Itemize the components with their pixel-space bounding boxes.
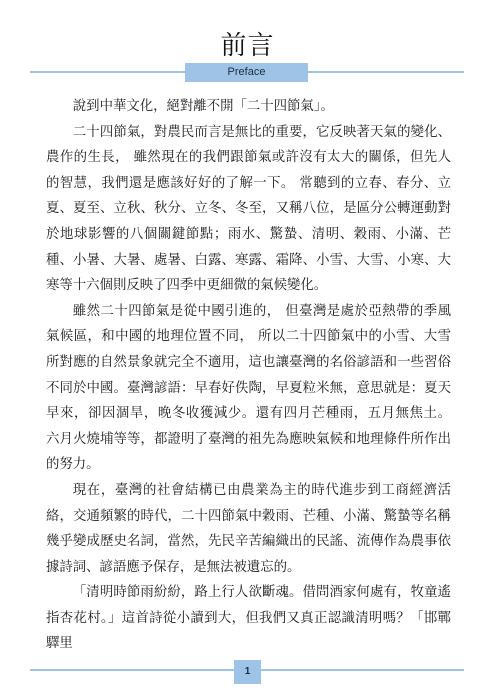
paragraph: 二十四節氣，對農民而言是無比的重要，它反映著天氣的變化、農作的生長， 雖然現在的… bbox=[46, 120, 451, 299]
paragraph: 說到中華文化，絕對離不開「二十四節氣」。 bbox=[46, 94, 451, 120]
preface-label: Preface bbox=[185, 63, 308, 82]
page-title: 前言 bbox=[0, 30, 495, 62]
paragraph: 現在，臺灣的社會結構已由農業為主的時代進步到工商經濟活絡，交通頻繁的時代，二十四… bbox=[46, 478, 451, 580]
paragraph: 「清明時節雨紛紛，路上行人欲斷魂。借問酒家何處有，牧童遙指杏花村。」這首詩從小讀… bbox=[46, 580, 451, 657]
paragraph: 雖然二十四節氣是從中國引進的， 但臺灣是處於亞熱帶的季風氣候區，和中國的地理位置… bbox=[46, 299, 451, 478]
body-text: 說到中華文化，絕對離不開「二十四節氣」。 二十四節氣，對農民而言是無比的重要，它… bbox=[46, 94, 451, 657]
page-number: 1 bbox=[234, 660, 261, 684]
